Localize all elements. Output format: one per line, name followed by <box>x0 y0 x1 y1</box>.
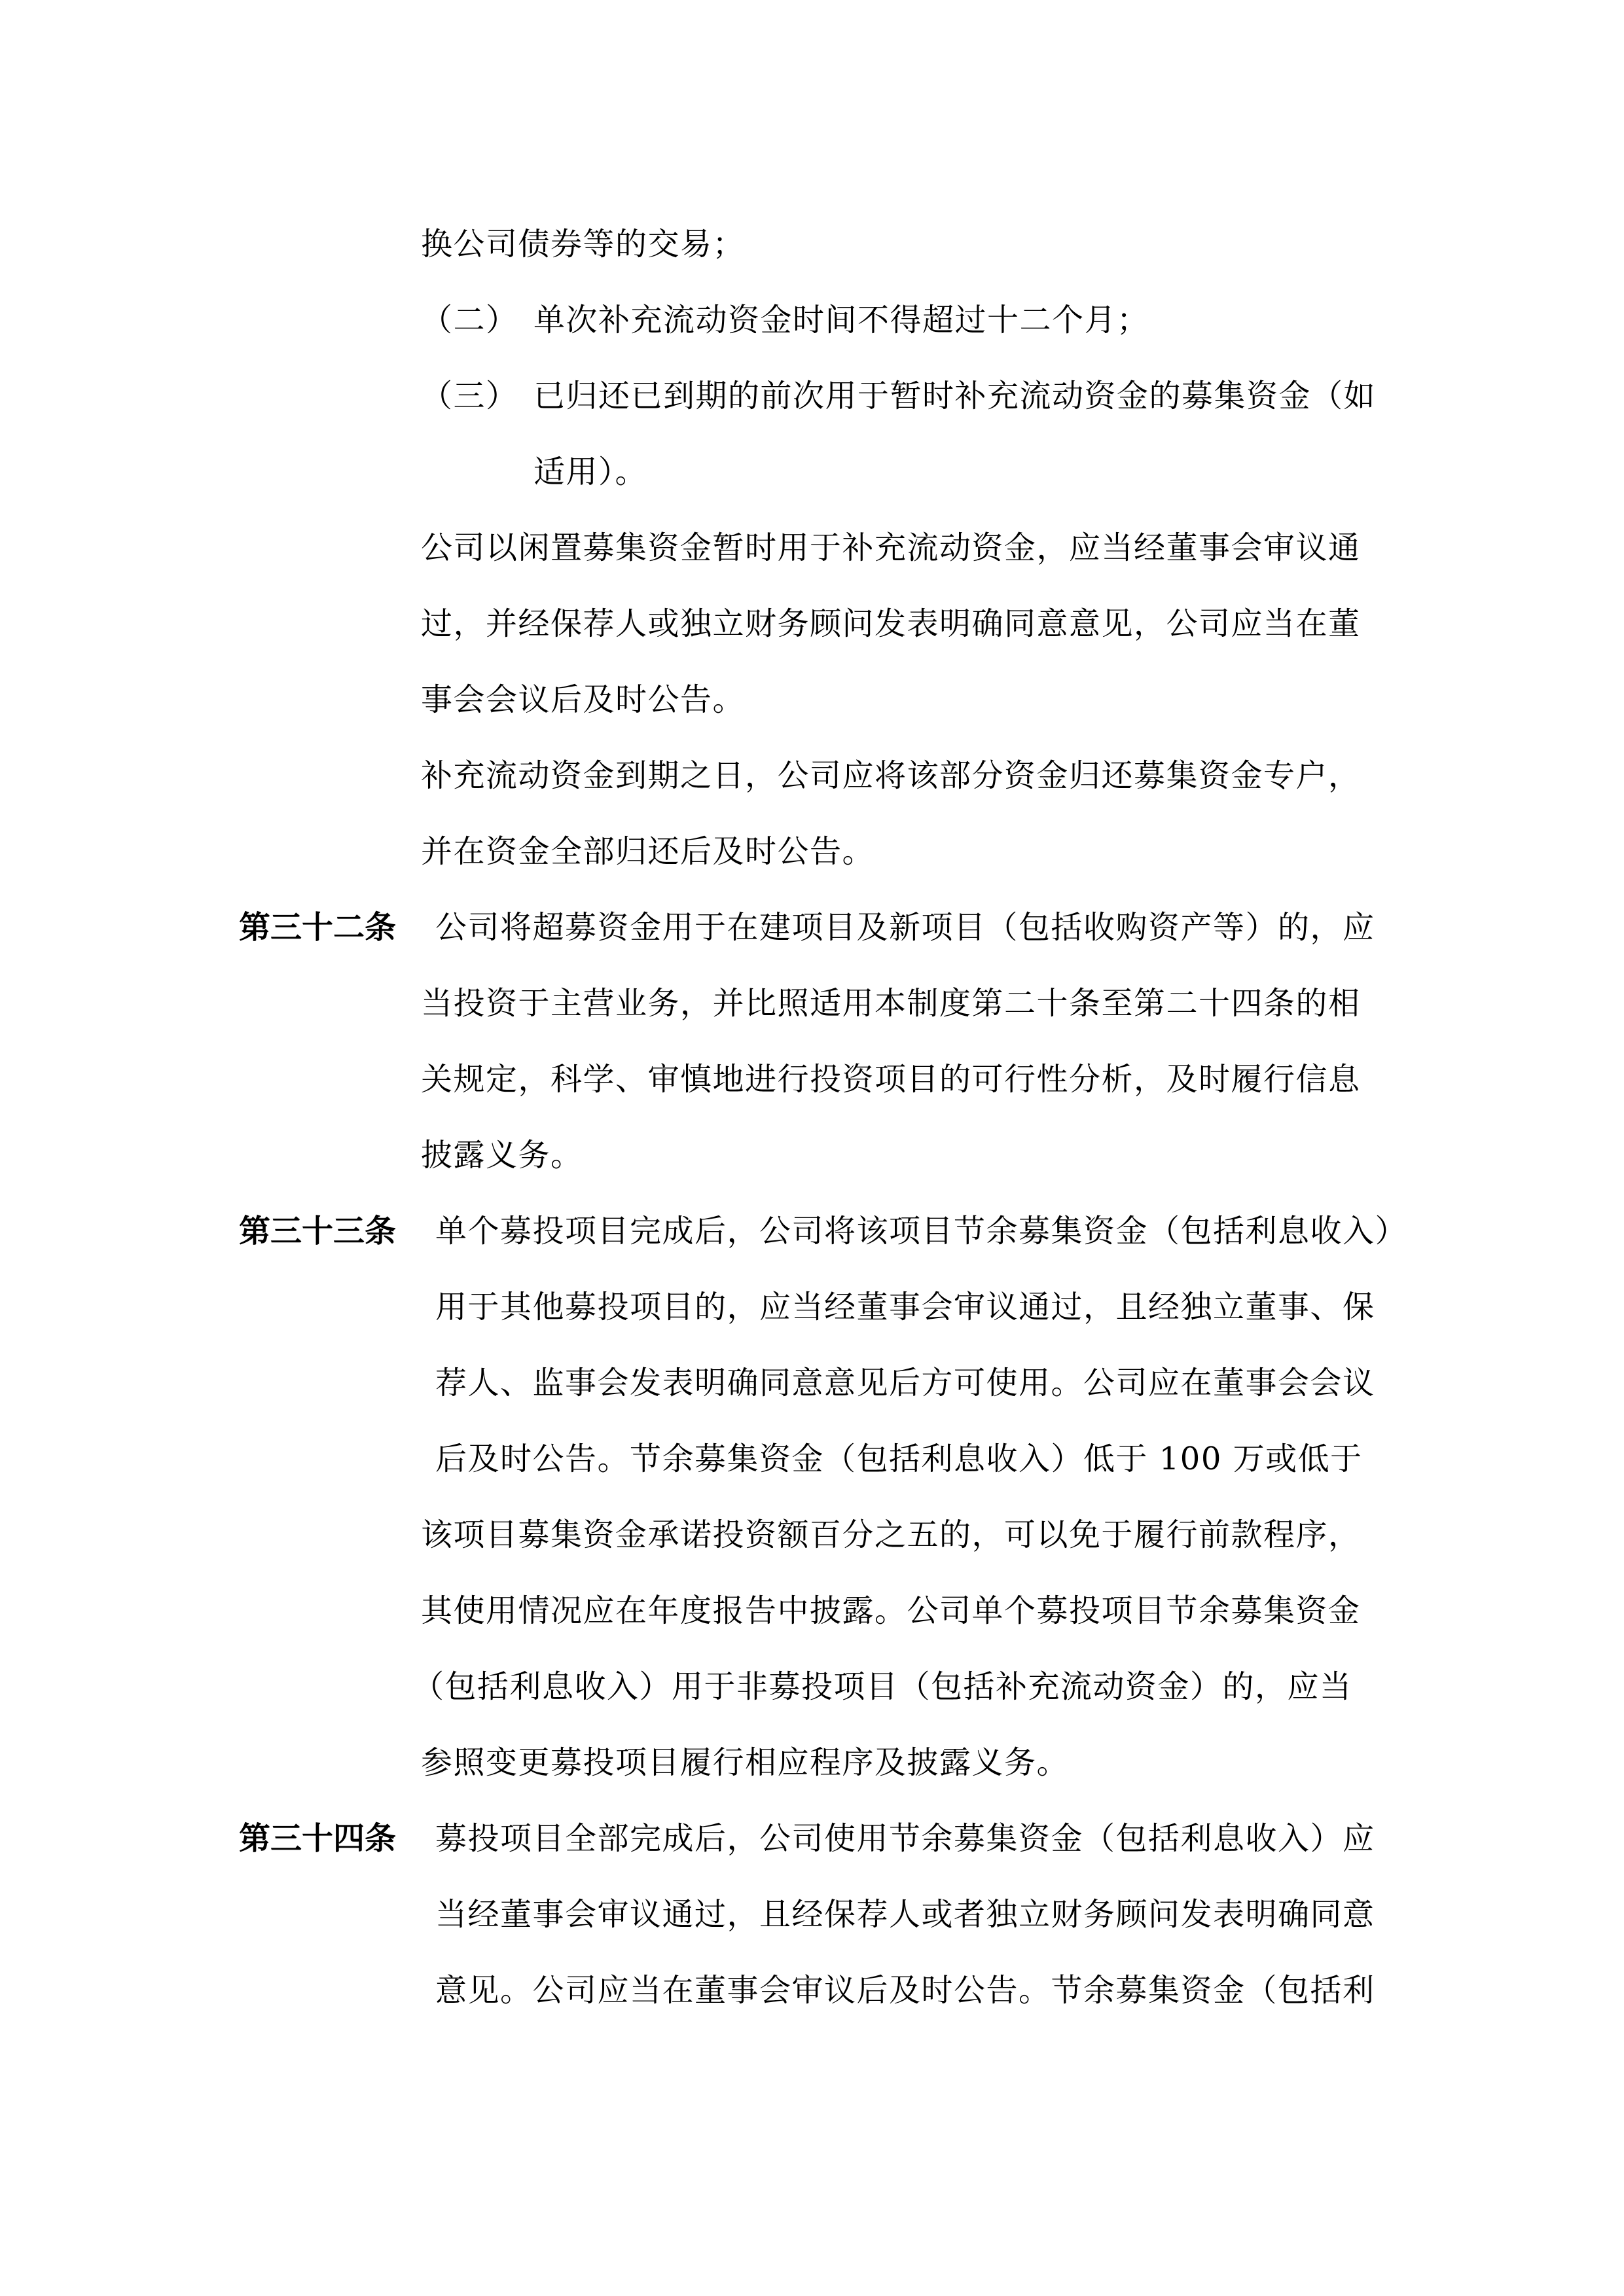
article-32-line: 披露义务。 <box>421 1136 583 1175</box>
continuation-line: 换公司债券等的交易； <box>421 224 745 264</box>
article-33-line: 用于其他募投项目的，应当经董事会审议通过，且经独立董事、保 <box>435 1287 1375 1327</box>
article-32-line: 当投资于主营业务，并比照适用本制度第二十条至第二十四条的相 <box>421 984 1361 1023</box>
article-heading-34: 第三十四条 <box>239 1819 396 1858</box>
article-heading-32: 第三十二条 <box>239 908 396 947</box>
paragraph-line: 补充流动资金到期之日，公司应将该部分资金归还募集资金专户， <box>421 756 1361 795</box>
article-33-line: 参照变更募投项目履行相应程序及披露义务。 <box>421 1743 1069 1782</box>
article-34-line: 意见。公司应当在董事会审议后及时公告。节余募集资金（包括利 <box>435 1971 1375 2010</box>
article-heading-33: 第三十三条 <box>239 1211 396 1251</box>
list-item-3-line: 已归还已到期的前次用于暂时补充流动资金的募集资金（如 <box>533 376 1376 416</box>
article-33-line: 单个募投项目完成后，公司将该项目节余募集资金（包括利息收入） <box>435 1211 1407 1251</box>
article-33-line: 后及时公告。节余募集资金（包括利息收入）低于 100 万或低于 <box>435 1439 1363 1479</box>
article-33-line: 荐人、监事会发表明确同意意见后方可使用。公司应在董事会会议 <box>435 1363 1375 1403</box>
article-33-line: 其使用情况应在年度报告中披露。公司单个募投项目节余募集资金 <box>421 1591 1361 1630</box>
article-33-line: （包括利息收入）用于非募投项目（包括补充流动资金）的，应当 <box>412 1667 1352 1706</box>
article-34-line: 募投项目全部完成后，公司使用节余募集资金（包括利息收入）应 <box>435 1819 1375 1858</box>
article-32-line: 公司将超募资金用于在建项目及新项目（包括收购资产等）的，应 <box>435 908 1375 947</box>
paragraph-line: 并在资金全部归还后及时公告。 <box>421 832 875 871</box>
paragraph-line: 事会会议后及时公告。 <box>421 680 745 719</box>
list-marker-3: （三） <box>421 376 518 416</box>
paragraph-line: 公司以闲置募集资金暂时用于补充流动资金，应当经董事会审议通 <box>421 528 1361 567</box>
paragraph-line: 过，并经保荐人或独立财务顾问发表明确同意意见，公司应当在董 <box>421 604 1361 643</box>
list-item-2-line: 单次补充流动资金时间不得超过十二个月； <box>533 300 1149 340</box>
list-marker-2: （二） <box>421 300 518 340</box>
article-33-line: 该项目募集资金承诺投资额百分之五的，可以免于履行前款程序， <box>421 1515 1361 1554</box>
article-34-line: 当经董事会审议通过，且经保荐人或者独立财务顾问发表明确同意 <box>435 1895 1375 1934</box>
list-item-3-line: 适用）。 <box>533 452 647 492</box>
article-32-line: 关规定，科学、审慎地进行投资项目的可行性分析，及时履行信息 <box>421 1060 1361 1099</box>
